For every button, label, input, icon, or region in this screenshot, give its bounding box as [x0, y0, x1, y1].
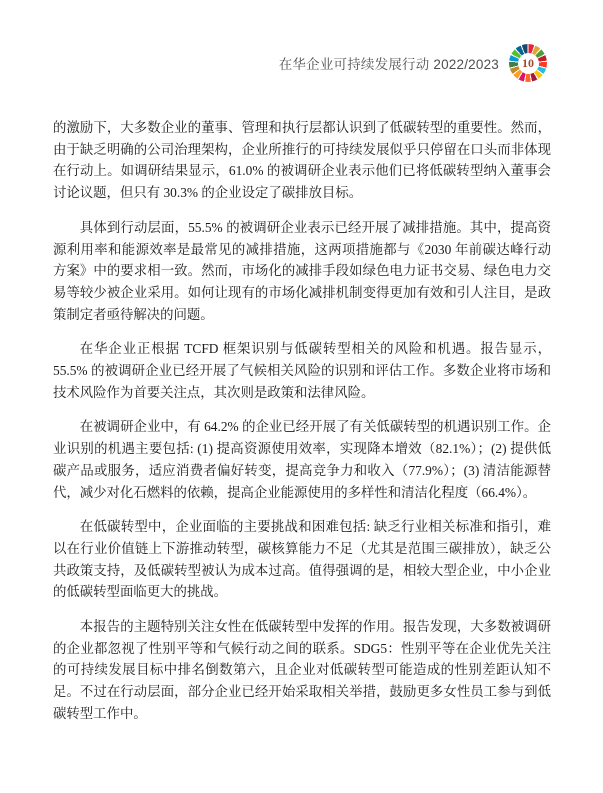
page-number: 10 [518, 53, 539, 74]
paragraph: 在华企业正根据 TCFD 框架识别与低碳转型相关的风险和机遇。报告显示，55.5… [53, 338, 551, 403]
paragraph: 具体到行动层面，55.5% 的被调研企业表示已经开展了减排措施。其中，提高资源利… [53, 217, 551, 326]
paragraph: 在低碳转型中，企业面临的主要挑战和困难包括: 缺乏行业相关标准和指引，难以在行业… [53, 516, 551, 603]
paragraph: 本报告的主题特别关注女性在低碳转型中发挥的作用。报告发现，大多数被调研的企业都忽… [53, 616, 551, 725]
running-header-title: 在华企业可持续发展行动 2022/2023 [279, 53, 499, 73]
paragraph: 的激励下，大多数企业的董事、管理和执行层都认识到了低碳转型的重要性。然而，由于缺… [53, 117, 551, 204]
paragraph: 在被调研企业中，有 64.2% 的企业已经开展了有关低碳转型的机遇识别工作。企业… [53, 416, 551, 503]
document-body: 的激励下，大多数企业的董事、管理和执行层都认识到了低碳转型的重要性。然而，由于缺… [53, 117, 551, 738]
sdg-wheel-icon: 10 [509, 44, 547, 82]
page-header: 在华企业可持续发展行动 2022/2023 10 [279, 44, 547, 82]
report-page: 在华企业可持续发展行动 2022/2023 10 的激励下，大多数企业的董事、管… [0, 0, 603, 793]
